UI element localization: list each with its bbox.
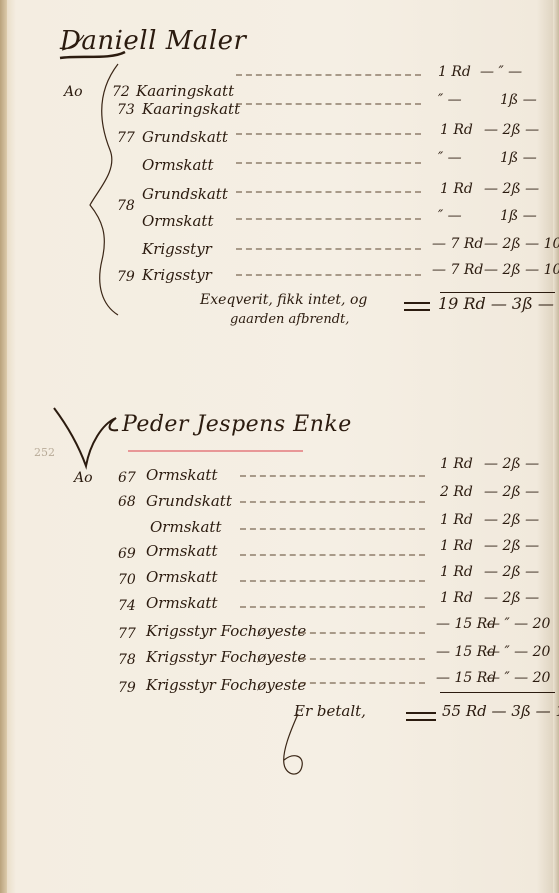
equals-mark bbox=[404, 302, 430, 311]
entry-description: Ormskatt bbox=[146, 594, 217, 612]
leader-dots bbox=[240, 528, 425, 530]
amount-rd: 1 Rd bbox=[440, 181, 473, 197]
equals-mark bbox=[406, 712, 436, 721]
entry-year: 79 bbox=[118, 680, 136, 696]
amount-rd: ″ — bbox=[438, 92, 462, 108]
leader-dots bbox=[236, 103, 421, 105]
leader-dots bbox=[240, 606, 425, 608]
entry-description: Ormskatt bbox=[146, 568, 217, 586]
section2-total: 55 Rd — 3ß — 12 bbox=[442, 702, 559, 720]
entry-description: Ormskatt bbox=[142, 156, 213, 174]
entry-year: 68 bbox=[118, 494, 136, 510]
amount-ort: 1ß — bbox=[500, 150, 537, 166]
flourish-loop-icon bbox=[276, 712, 316, 782]
amount-rd: ″ — bbox=[438, 150, 462, 166]
amount-rd: — 7 Rd bbox=[432, 262, 483, 278]
leader-dots bbox=[240, 554, 425, 556]
entry-year: 73 bbox=[117, 102, 135, 118]
amount-ort: — 2ß — 10 bbox=[484, 236, 559, 252]
leader-dots bbox=[300, 682, 425, 684]
entry-description: Kaaringskatt bbox=[142, 100, 240, 118]
entry-year: 74 bbox=[118, 598, 136, 614]
leader-dots bbox=[236, 162, 421, 164]
amount-ort: 1ß — bbox=[500, 208, 537, 224]
leader-dots bbox=[300, 658, 425, 660]
amount-ort: — ″ — 20 bbox=[486, 670, 550, 686]
amount-ort: — 2ß — bbox=[484, 512, 539, 528]
leader-dots bbox=[240, 501, 425, 503]
entry-year: 69 bbox=[118, 546, 136, 562]
leader-dots bbox=[240, 580, 425, 582]
book-binding-edge bbox=[0, 0, 7, 893]
entry-year: 77 bbox=[118, 626, 136, 642]
leader-dots bbox=[236, 274, 421, 276]
amount-ort: — 2ß — bbox=[484, 590, 539, 606]
entry-year: 70 bbox=[118, 572, 136, 588]
amount-ort: — 2ß — bbox=[484, 122, 539, 138]
amount-ort: — ″ — bbox=[480, 64, 522, 80]
amount-rd: 1 Rd bbox=[440, 538, 473, 554]
entry-year: 78 bbox=[118, 652, 136, 668]
amount-ort: — 2ß — 10 bbox=[484, 262, 559, 278]
entry-description: Kaaringskatt bbox=[136, 82, 234, 100]
amount-ort: — 2ß — bbox=[484, 538, 539, 554]
year-prefix: Ao bbox=[74, 470, 93, 486]
entry-year: 79 bbox=[117, 269, 135, 285]
total-rule bbox=[440, 692, 555, 693]
entry-description: Grundskatt bbox=[142, 185, 228, 203]
leader-dots bbox=[300, 632, 425, 634]
entry-description: Krigsstyr bbox=[142, 240, 212, 258]
entry-year: 72 bbox=[112, 84, 130, 100]
leader-dots bbox=[236, 218, 421, 220]
red-underline bbox=[128, 450, 303, 452]
entry-description: Ormskatt bbox=[146, 466, 217, 484]
amount-rd: 1 Rd bbox=[440, 512, 473, 528]
leader-dots bbox=[236, 133, 421, 135]
section2-heading: Peder Jespens Enke bbox=[122, 412, 352, 437]
amount-ort: — 2ß — bbox=[484, 456, 539, 472]
amount-rd: 1 Rd bbox=[440, 564, 473, 580]
entry-description: Ormskatt bbox=[142, 212, 213, 230]
amount-rd: ″ — bbox=[438, 208, 462, 224]
amount-rd: 1 Rd bbox=[440, 456, 473, 472]
entry-description: Krigsstyr bbox=[142, 266, 212, 284]
entry-description: Ormskatt bbox=[146, 542, 217, 560]
amount-rd: 1 Rd bbox=[440, 590, 473, 606]
leader-dots bbox=[240, 475, 425, 477]
amount-rd: 1 Rd bbox=[440, 122, 473, 138]
leader-dots bbox=[236, 74, 421, 76]
amount-rd: 1 Rd bbox=[438, 64, 471, 80]
page-right-edge bbox=[553, 0, 559, 893]
entry-description: Ormskatt bbox=[150, 518, 221, 536]
leader-dots bbox=[236, 248, 421, 250]
year-prefix: Ao bbox=[64, 84, 83, 100]
amount-ort: — 2ß — bbox=[484, 484, 539, 500]
section1-total: 19 Rd — 3ß — 20 bbox=[438, 294, 559, 313]
section1-heading: Daniell Maler bbox=[60, 26, 246, 56]
amount-rd: — 7 Rd bbox=[432, 236, 483, 252]
amount-rd: 2 Rd bbox=[440, 484, 473, 500]
entry-year: 78 bbox=[117, 198, 135, 214]
entry-description: Grundskatt bbox=[146, 492, 232, 510]
ledger-page: Daniell Maler Ao 72 Kaaringskatt 1 Rd — … bbox=[0, 0, 559, 893]
entry-description: Krigsstyr Fochøyeste bbox=[146, 676, 306, 694]
amount-ort: — ″ — 20 bbox=[486, 616, 550, 632]
total-rule bbox=[440, 292, 555, 293]
entry-description: Krigsstyr Fochøyeste bbox=[146, 648, 306, 666]
section1-note-line1: Exeqverit, fikk intet, og bbox=[200, 292, 367, 308]
entry-description: Krigsstyr Fochøyeste bbox=[146, 622, 306, 640]
entry-year: 67 bbox=[118, 470, 136, 486]
section1-note-line2: gaarden afbrendt, bbox=[230, 312, 349, 327]
entry-year: 77 bbox=[117, 130, 135, 146]
amount-ort: — ″ — 20 bbox=[486, 644, 550, 660]
entry-description: Grundskatt bbox=[142, 128, 228, 146]
leader-dots bbox=[236, 191, 421, 193]
amount-ort: 1ß — bbox=[500, 92, 537, 108]
amount-ort: — 2ß — bbox=[484, 564, 539, 580]
amount-ort: — 2ß — bbox=[484, 181, 539, 197]
